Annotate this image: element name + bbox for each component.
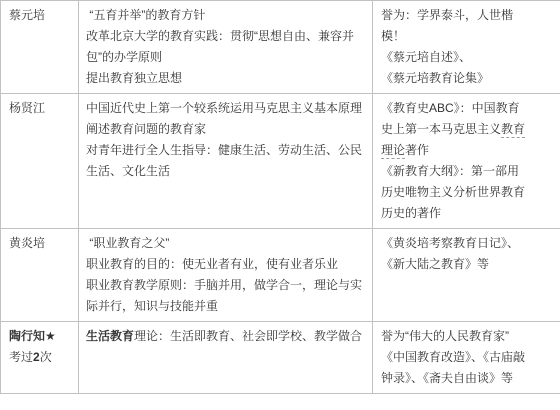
text-run: 《黄炎培考察教育日记》、《新大陆之教育》等: [381, 236, 519, 271]
text-run: 改革北京大学的教育实践：贯彻“思想自由、兼容并包”的办学原则: [86, 29, 354, 64]
text-line: 《中国教育改造》、《古庙敲钟录》、《斋夫自由谈》等: [381, 347, 530, 389]
works-remarks-cell: 《教育史ABC》：中国教育史上第一本马克思主义教育理论著作《新教育大纲》：第一部…: [373, 94, 560, 229]
works-remarks-cell: 誉为：学界泰斗，人世楷模！《蔡元培自述》、《蔡元培教育论集》: [373, 1, 560, 94]
text-run: 《教育史ABC》：中国教育史上第一本马克思主义: [381, 101, 520, 136]
text-line: 对青年进行全人生指导：健康生活、劳动生活、公民生活、文化生活: [86, 140, 364, 182]
text-line: 誉为：学界泰斗，人世楷模！: [381, 5, 530, 47]
text-line: “职业教育之父”: [86, 233, 364, 254]
text-run: 《新教育大纲》：第一部用历史唯物主义分析世界教育历史的著作: [381, 164, 525, 220]
text-run: 誉为“伟大的人民教育家”: [381, 329, 509, 343]
text-line: 职业教育教学原则：手脑并用，做学合一，理论与实际并行，知识与技能并重: [86, 275, 364, 317]
educators-table: 蔡元培 “五育并举”的教育方针改革北京大学的教育实践：贯彻“思想自由、兼容并包”…: [0, 0, 560, 394]
text-run: “五育并举”的教育方针: [86, 8, 205, 22]
text-run: 提出教育独立思想: [86, 71, 182, 85]
educator-name-cell: 杨贤江: [1, 94, 79, 229]
text-line: 《蔡元培教育论集》: [381, 68, 530, 89]
text-run: 次: [40, 350, 52, 364]
text-line: 职业教育的目的：使无业者有业，使有业者乐业: [86, 254, 364, 275]
key-points-cell: “职业教育之父”职业教育的目的：使无业者有业，使有业者乐业职业教育教学原则：手脑…: [79, 229, 373, 322]
works-remarks-cell: 《黄炎培考察教育日记》、《新大陆之教育》等: [373, 229, 560, 322]
table-row: 杨贤江中国近代史上第一个较系统运用马克思主义基本原理阐述教育问题的教育家对青年进…: [1, 94, 560, 229]
text-line: 考过2次: [9, 347, 74, 368]
text-line: 蔡元培: [9, 5, 74, 26]
table-row: 陶行知★考过2次生活教育理论：生活即教育、社会即学校、教学做合誉为“伟大的人民教…: [1, 322, 560, 394]
text-run: 誉为：学界泰斗，人世楷模！: [381, 8, 513, 43]
text-run: 考过: [9, 350, 33, 364]
key-points-cell: 中国近代史上第一个较系统运用马克思主义基本原理阐述教育问题的教育家对青年进行全人…: [79, 94, 373, 229]
key-points-cell: “五育并举”的教育方针改革北京大学的教育实践：贯彻“思想自由、兼容并包”的办学原…: [79, 1, 373, 94]
text-run: 中国近代史上第一个较系统运用马克思主义基本原理阐述教育问题的教育家: [86, 101, 362, 136]
text-line: 提出教育独立思想: [86, 68, 364, 89]
educator-name-cell: 黄炎培: [1, 229, 79, 322]
educator-name-cell: 陶行知★考过2次: [1, 322, 79, 394]
bold-text-run: 2: [33, 350, 40, 364]
bold-text-run: 生活教育: [86, 329, 134, 343]
text-line: “五育并举”的教育方针: [86, 5, 364, 26]
text-line: 黄炎培: [9, 233, 74, 254]
text-run: 职业教育教学原则：手脑并用，做学合一，理论与实际并行，知识与技能并重: [86, 278, 362, 313]
text-run: “职业教育之父”: [86, 236, 169, 250]
study-notes-page: 蔡元培 “五育并举”的教育方针改革北京大学的教育实践：贯彻“思想自由、兼容并包”…: [0, 0, 560, 410]
text-line: 杨贤江: [9, 98, 74, 119]
text-line: 《黄炎培考察教育日记》、《新大陆之教育》等: [381, 233, 530, 275]
text-line: 《教育史ABC》：中国教育史上第一本马克思主义教育理论著作: [381, 98, 530, 161]
text-line: 《蔡元培自述》、: [381, 47, 530, 68]
text-run: 黄炎培: [9, 236, 45, 250]
table-row: 蔡元培 “五育并举”的教育方针改革北京大学的教育实践：贯彻“思想自由、兼容并包”…: [1, 1, 560, 94]
text-run: 蔡元培: [9, 8, 45, 22]
text-line: 誉为“伟大的人民教育家”: [381, 326, 530, 347]
educator-name-cell: 蔡元培: [1, 1, 79, 94]
text-line: 《新教育大纲》：第一部用历史唯物主义分析世界教育历史的著作: [381, 161, 530, 224]
works-remarks-cell: 誉为“伟大的人民教育家”《中国教育改造》、《古庙敲钟录》、《斋夫自由谈》等: [373, 322, 560, 394]
text-run: 理论：生活即教育、社会即学校、教学做合: [134, 329, 362, 343]
text-run: 职业教育的目的：使无业者有业，使有业者乐业: [86, 257, 338, 271]
text-line: 中国近代史上第一个较系统运用马克思主义基本原理阐述教育问题的教育家: [86, 98, 364, 140]
educators-table-body: 蔡元培 “五育并举”的教育方针改革北京大学的教育实践：贯彻“思想自由、兼容并包”…: [1, 1, 560, 394]
text-line: 生活教育理论：生活即教育、社会即学校、教学做合: [86, 326, 364, 347]
text-run: 《中国教育改造》、《古庙敲钟录》、《斋夫自由谈》等: [381, 350, 525, 385]
bold-text-run: 陶行知★: [9, 329, 56, 343]
text-run: 对青年进行全人生指导：健康生活、劳动生活、公民生活、文化生活: [86, 143, 362, 178]
table-row: 黄炎培 “职业教育之父”职业教育的目的：使无业者有业，使有业者乐业职业教育教学原…: [1, 229, 560, 322]
text-line: 陶行知★: [9, 326, 74, 347]
text-run: 著作: [405, 143, 429, 157]
text-run: 《蔡元培自述》、: [381, 50, 471, 64]
text-run: 《蔡元培教育论集》: [381, 71, 489, 85]
text-line: 改革北京大学的教育实践：贯彻“思想自由、兼容并包”的办学原则: [86, 26, 364, 68]
key-points-cell: 生活教育理论：生活即教育、社会即学校、教学做合: [79, 322, 373, 394]
text-run: 杨贤江: [9, 101, 45, 115]
